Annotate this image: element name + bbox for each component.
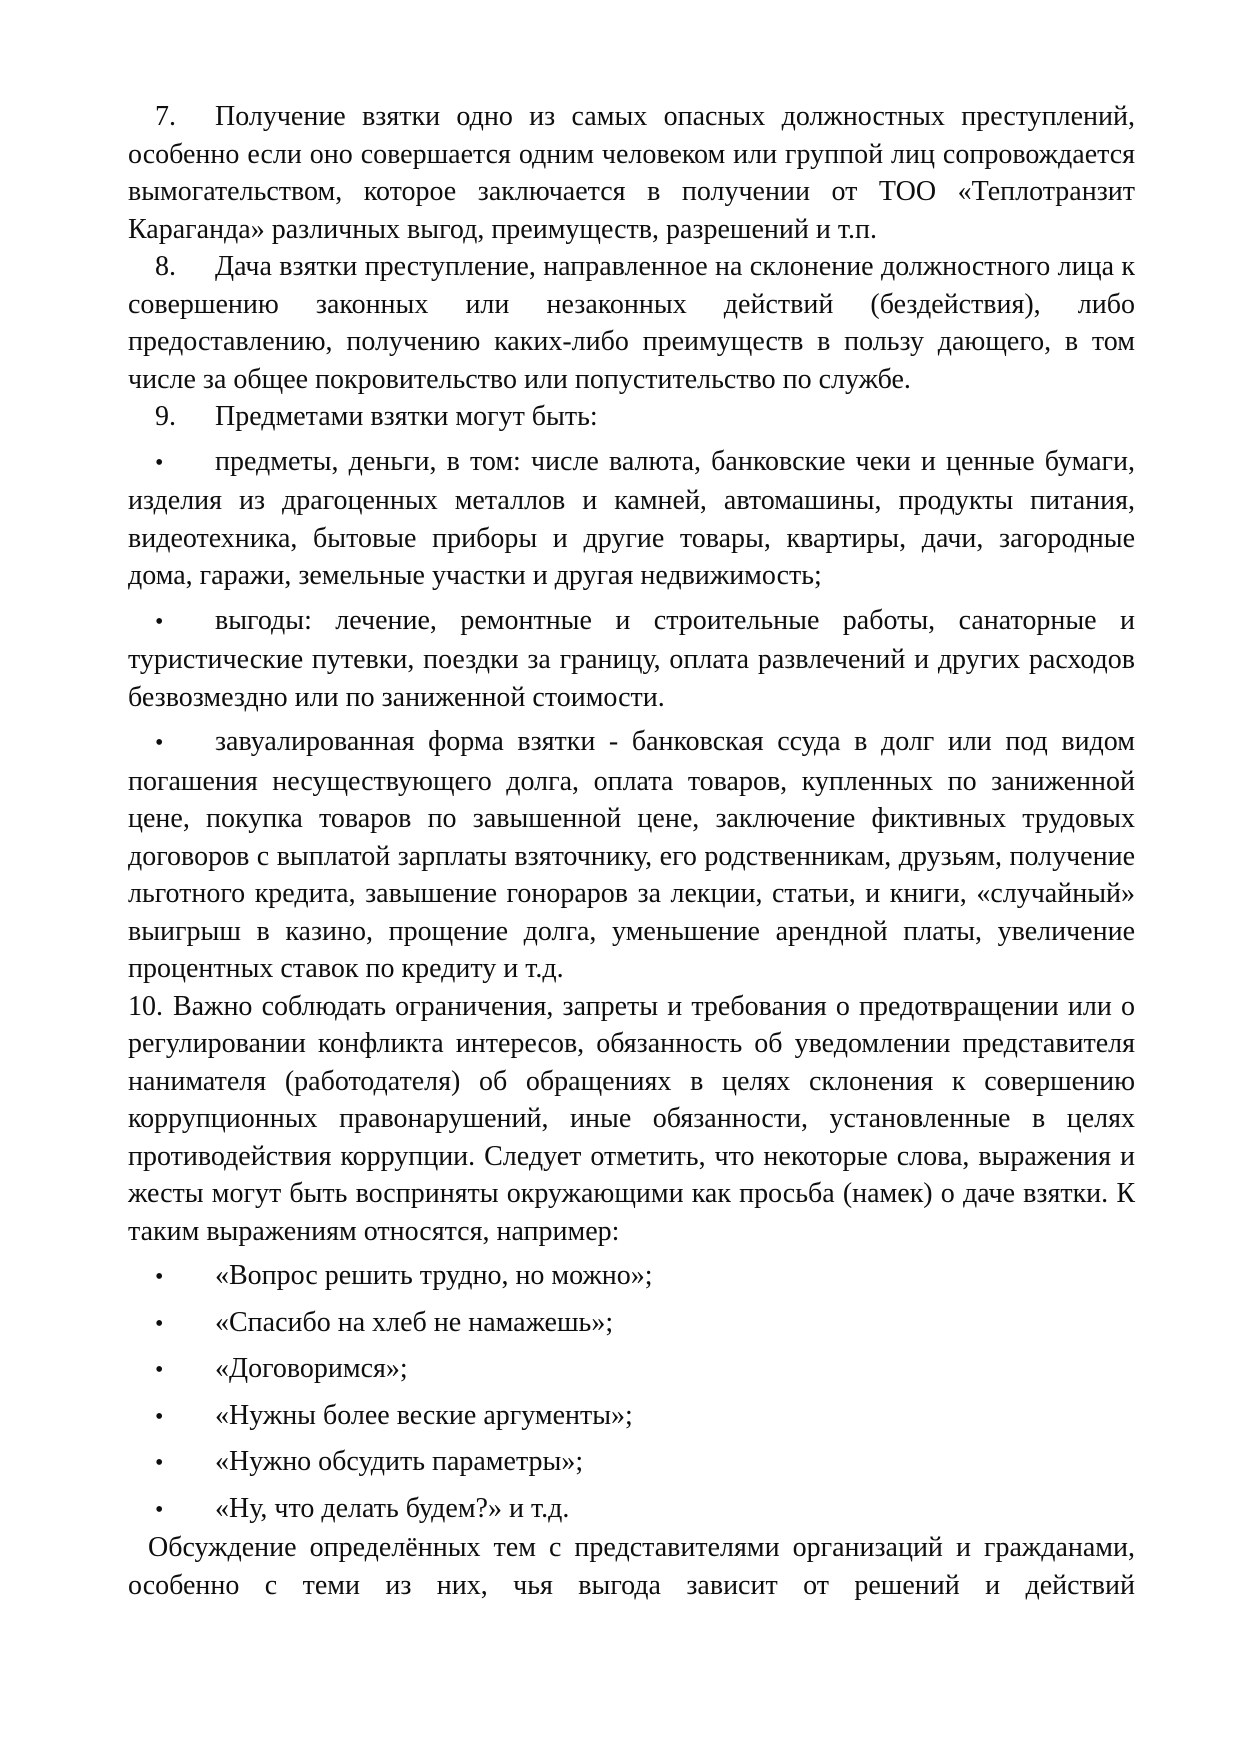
paragraph-text: завуалированная форма взятки - банковска…	[128, 726, 1135, 984]
paragraph-text: Дача взятки преступление, направленное н…	[128, 251, 1135, 395]
bullet-icon: •	[155, 1445, 215, 1483]
bullet-icon: •	[155, 1306, 215, 1344]
bullet-quote-1: •«Вопрос решить трудно, но можно»;	[128, 1257, 1135, 1297]
quote-text: «Нужно обсудить параметры»;	[215, 1446, 583, 1477]
quote-text: «Нужны более веские аргументы»;	[215, 1400, 633, 1431]
paragraph-text: выгоды: лечение, ремонтные и строительны…	[128, 605, 1135, 713]
bullet-icon: •	[155, 604, 215, 642]
bullet-icon: •	[155, 1399, 215, 1437]
bullet-quote-2: •«Спасибо на хлеб не намажешь»;	[128, 1304, 1135, 1344]
bullet-icon: •	[155, 1352, 215, 1390]
paragraph-text: Получение взятки одно из самых опасных д…	[128, 101, 1135, 245]
document-page: 7.Получение взятки одно из самых опасных…	[0, 0, 1240, 1752]
list-number: 10.	[128, 991, 163, 1022]
paragraph-text: Обсуждение определённых тем с представит…	[128, 1532, 1135, 1601]
paragraph-text: Предметами взятки могут быть:	[215, 401, 598, 432]
bullet-icon: •	[155, 1492, 215, 1530]
quote-text: «Спасибо на хлеб не намажешь»;	[215, 1307, 613, 1338]
bullet-item-benefits: •выгоды: лечение, ремонтные и строительн…	[128, 602, 1135, 717]
bullet-item-objects: •предметы, деньги, в том: числе валюта, …	[128, 443, 1135, 595]
list-number: 8.	[155, 248, 215, 286]
numbered-paragraph-10: 10.Важно соблюдать ограничения, запреты …	[128, 988, 1135, 1251]
bullet-quote-3: •«Договоримся»;	[128, 1350, 1135, 1390]
list-number: 7.	[155, 98, 215, 136]
numbered-paragraph-9: 9.Предметами взятки могут быть:	[128, 398, 1135, 436]
bullet-icon: •	[155, 1259, 215, 1297]
bullet-quote-5: •«Нужно обсудить параметры»;	[128, 1443, 1135, 1483]
bullet-icon: •	[155, 445, 215, 483]
paragraph-text: Важно соблюдать ограничения, запреты и т…	[128, 991, 1135, 1247]
quote-text: «Договоримся»;	[215, 1353, 408, 1384]
list-number: 9.	[155, 398, 215, 436]
numbered-paragraph-7: 7.Получение взятки одно из самых опасных…	[128, 98, 1135, 248]
numbered-paragraph-8: 8.Дача взятки преступление, направленное…	[128, 248, 1135, 398]
paragraph-text: предметы, деньги, в том: числе валюта, б…	[128, 446, 1135, 592]
bullet-quote-4: •«Нужны более веские аргументы»;	[128, 1397, 1135, 1437]
bullet-quote-6: •«Ну, что делать будем?» и т.д.	[128, 1490, 1135, 1530]
bullet-icon: •	[155, 725, 215, 763]
quote-text: «Вопрос решить трудно, но можно»;	[215, 1260, 653, 1291]
closing-paragraph: Обсуждение определённых тем с представит…	[128, 1529, 1135, 1604]
bullet-item-veiled-forms: •завуалированная форма взятки - банковск…	[128, 723, 1135, 988]
quote-text: «Ну, что делать будем?» и т.д.	[215, 1493, 569, 1524]
